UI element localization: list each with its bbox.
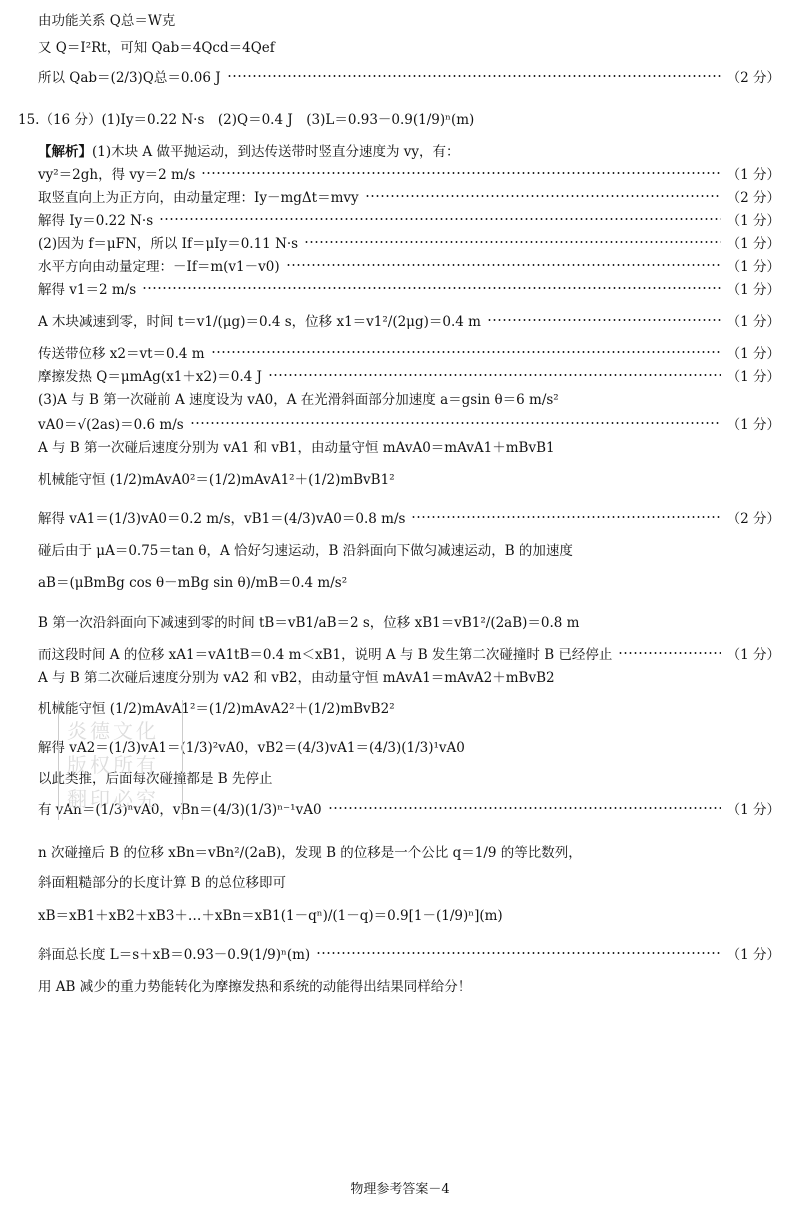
- page-footer: 物理参考答案－4: [0, 1178, 800, 1197]
- solution-line: 斜面粗糙部分的长度计算 B 的总位移即可: [38, 871, 780, 891]
- line-text: 【解析】(1)木块 A 做平抛运动，到达传送带时竖直分速度为 vy，有：: [38, 140, 460, 160]
- score-label: （1 分）: [727, 643, 780, 663]
- dot-leader: [268, 374, 721, 376]
- line-text: 机械能守恒 (1/2)mAvA0²＝(1/2)mAvA1²＋(1/2)mBvB1…: [38, 468, 395, 488]
- solution-line: 所以 Qab＝(2/3)Q总＝0.06 J（2 分）: [38, 66, 780, 86]
- line-text: 解得 v1＝2 m/s: [38, 278, 136, 298]
- solution-line: 解得 vA2＝(1/3)vA1＝(1/3)²vA0，vB2＝(4/3)vA1＝(…: [38, 736, 780, 756]
- line-text: B 第一次沿斜面向下减速到零的时间 tB＝vB1/aB＝2 s，位移 xB1＝v…: [38, 611, 579, 631]
- score-label: （1 分）: [727, 163, 780, 183]
- solution-line: 摩擦发热 Q＝μmAg(x1＋x2)＝0.4 J（1 分）: [38, 365, 780, 385]
- solution-line: 机械能守恒 (1/2)mAvA1²＝(1/2)mAvA2²＋(1/2)mBvB2…: [38, 697, 780, 717]
- solution-line: 有 vAn＝(1/3)ⁿvA0，vBn＝(4/3)(1/3)ⁿ⁻¹vA0（1 分…: [38, 798, 780, 818]
- score-label: （1 分）: [727, 342, 780, 362]
- dot-leader: [142, 287, 720, 289]
- solution-line: A 木块减速到零，时间 t＝v1/(μg)＝0.4 s，位移 x1＝v1²/(2…: [38, 310, 780, 330]
- score-label: （1 分）: [727, 798, 780, 818]
- dot-leader: [211, 351, 721, 353]
- dot-leader: [328, 807, 721, 809]
- score-label: （1 分）: [727, 310, 780, 330]
- solution-line: 由功能关系 Q总＝W克: [38, 9, 780, 29]
- solution-line: 水平方向由动量定理：－If＝m(v1－v0)（1 分）: [38, 255, 780, 275]
- line-text: 取竖直向上为正方向，由动量定理：Iy－mgΔt＝mvy: [38, 186, 359, 206]
- dot-leader: [227, 75, 721, 77]
- solution-line: 传送带位移 x2＝vt＝0.4 m（1 分）: [38, 342, 780, 362]
- score-label: （1 分）: [727, 278, 780, 298]
- solution-line: vA0＝√(2as)＝0.6 m/s（1 分）: [38, 413, 780, 433]
- solution-line: 用 AB 减少的重力势能转化为摩擦发热和系统的动能得出结果同样给分！: [38, 975, 780, 995]
- solution-line: 解得 v1＝2 m/s（1 分）: [38, 278, 780, 298]
- line-text: 解得 vA2＝(1/3)vA1＝(1/3)²vA0，vB2＝(4/3)vA1＝(…: [38, 736, 465, 756]
- dot-leader: [487, 319, 721, 321]
- line-text: 斜面粗糙部分的长度计算 B 的总位移即可: [38, 871, 286, 891]
- line-text: xB＝xB1＋xB2＋xB3＋…＋xBn＝xB1(1－qⁿ)/(1－q)＝0.9…: [38, 904, 503, 924]
- solution-line: xB＝xB1＋xB2＋xB3＋…＋xBn＝xB1(1－qⁿ)/(1－q)＝0.9…: [38, 904, 780, 924]
- solution-line: 【解析】(1)木块 A 做平抛运动，到达传送带时竖直分速度为 vy，有：: [38, 140, 780, 160]
- line-text: 解得 vA1＝(1/3)vA0＝0.2 m/s，vB1＝(4/3)vA0＝0.8…: [38, 507, 405, 527]
- solution-line: 又 Q＝I²Rt，可知 Qab＝4Qcd＝4Qef: [38, 36, 780, 56]
- line-text: 15.（16 分）(1)Iy＝0.22 N·s (2)Q＝0.4 J (3)L＝…: [18, 108, 474, 128]
- line-text: 以此类推，后面每次碰撞都是 B 先停止: [38, 767, 273, 787]
- line-text: (2)因为 f＝μFN，所以 If＝μIy＝0.11 N·s: [38, 232, 298, 252]
- solution-line: 碰后由于 μA＝0.75＝tan θ，A 恰好匀速运动，B 沿斜面向下做匀减速运…: [38, 539, 780, 559]
- score-label: （1 分）: [727, 209, 780, 229]
- line-text: n 次碰撞后 B 的位移 xBn＝vBn²/(2aB)，发现 B 的位移是一个公…: [38, 841, 582, 861]
- solution-line: (2)因为 f＝μFN，所以 If＝μIy＝0.11 N·s（1 分）: [38, 232, 780, 252]
- solution-line: (3)A 与 B 第一次碰前 A 速度设为 vA0，A 在光滑斜面部分加速度 a…: [38, 388, 780, 408]
- solution-line: A 与 B 第二次碰后速度分别为 vA2 和 vB2，由动量守恒 mAvA1＝m…: [38, 666, 780, 686]
- solution-line: 取竖直向上为正方向，由动量定理：Iy－mgΔt＝mvy（2 分）: [38, 186, 780, 206]
- line-text: 用 AB 减少的重力势能转化为摩擦发热和系统的动能得出结果同样给分！: [38, 975, 471, 995]
- line-text: aB＝(μBmBg cos θ－mBg sin θ)/mB＝0.4 m/s²: [38, 571, 347, 591]
- solution-line: 机械能守恒 (1/2)mAvA0²＝(1/2)mAvA1²＋(1/2)mBvB1…: [38, 468, 780, 488]
- score-label: （1 分）: [727, 943, 780, 963]
- line-text: A 与 B 第二次碰后速度分别为 vA2 和 vB2，由动量守恒 mAvA1＝m…: [38, 666, 555, 686]
- line-text: 由功能关系 Q总＝W克: [38, 9, 175, 29]
- analysis-label: 【解析】: [38, 144, 92, 160]
- line-text: 而这段时间 A 的位移 xA1＝vA1tB＝0.4 m＜xB1，说明 A 与 B…: [38, 643, 612, 663]
- score-label: （2 分）: [727, 507, 780, 527]
- line-text: (3)A 与 B 第一次碰前 A 速度设为 vA0，A 在光滑斜面部分加速度 a…: [38, 388, 559, 408]
- solution-line: A 与 B 第一次碰后速度分别为 vA1 和 vB1，由动量守恒 mAvA0＝m…: [38, 436, 780, 456]
- solution-line: 解得 vA1＝(1/3)vA0＝0.2 m/s，vB1＝(4/3)vA0＝0.8…: [38, 507, 780, 527]
- dot-leader: [201, 172, 720, 174]
- line-text: 碰后由于 μA＝0.75＝tan θ，A 恰好匀速运动，B 沿斜面向下做匀减速运…: [38, 539, 573, 559]
- line-text: 摩擦发热 Q＝μmAg(x1＋x2)＝0.4 J: [38, 365, 262, 385]
- solution-line: B 第一次沿斜面向下减速到零的时间 tB＝vB1/aB＝2 s，位移 xB1＝v…: [38, 611, 780, 631]
- question-header: 15.（16 分）(1)Iy＝0.22 N·s (2)Q＝0.4 J (3)L＝…: [18, 108, 780, 128]
- dot-leader: [365, 195, 721, 197]
- dot-leader: [159, 218, 720, 220]
- score-label: （1 分）: [727, 255, 780, 275]
- solution-line: 而这段时间 A 的位移 xA1＝vA1tB＝0.4 m＜xB1，说明 A 与 B…: [38, 643, 780, 663]
- line-text: 解得 Iy＝0.22 N·s: [38, 209, 153, 229]
- solution-line: vy²＝2gh，得 vy＝2 m/s（1 分）: [38, 163, 780, 183]
- line-text: 所以 Qab＝(2/3)Q总＝0.06 J: [38, 66, 221, 86]
- dot-leader: [190, 422, 721, 424]
- solution-line: 解得 Iy＝0.22 N·s（1 分）: [38, 209, 780, 229]
- solution-line: 斜面总长度 L＝s＋xB＝0.93－0.9(1/9)ⁿ(m)（1 分）: [38, 943, 780, 963]
- dot-leader: [304, 241, 721, 243]
- solution-line: aB＝(μBmBg cos θ－mBg sin θ)/mB＝0.4 m/s²: [38, 571, 780, 591]
- line-text: vA0＝√(2as)＝0.6 m/s: [38, 413, 184, 433]
- solution-line: 以此类推，后面每次碰撞都是 B 先停止: [38, 767, 780, 787]
- score-label: （1 分）: [727, 365, 780, 385]
- score-label: （1 分）: [727, 413, 780, 433]
- line-text: 机械能守恒 (1/2)mAvA1²＝(1/2)mAvA2²＋(1/2)mBvB2…: [38, 697, 395, 717]
- score-label: （1 分）: [727, 232, 780, 252]
- line-text: A 与 B 第一次碰后速度分别为 vA1 和 vB1，由动量守恒 mAvA0＝m…: [38, 436, 555, 456]
- line-text: 水平方向由动量定理：－If＝m(v1－v0): [38, 255, 280, 275]
- line-text: vy²＝2gh，得 vy＝2 m/s: [38, 163, 195, 183]
- score-label: （2 分）: [727, 186, 780, 206]
- line-text: 斜面总长度 L＝s＋xB＝0.93－0.9(1/9)ⁿ(m): [38, 943, 310, 963]
- answer-page: 由功能关系 Q总＝W克又 Q＝I²Rt，可知 Qab＝4Qcd＝4Qef所以 Q…: [0, 0, 800, 1207]
- dot-leader: [411, 516, 720, 518]
- line-text: 传送带位移 x2＝vt＝0.4 m: [38, 342, 205, 362]
- solution-line: n 次碰撞后 B 的位移 xBn＝vBn²/(2aB)，发现 B 的位移是一个公…: [38, 841, 780, 861]
- score-label: （2 分）: [727, 66, 780, 86]
- line-text: 有 vAn＝(1/3)ⁿvA0，vBn＝(4/3)(1/3)ⁿ⁻¹vA0: [38, 798, 322, 818]
- line-text: 又 Q＝I²Rt，可知 Qab＝4Qcd＝4Qef: [38, 36, 275, 56]
- line-text: A 木块减速到零，时间 t＝v1/(μg)＝0.4 s，位移 x1＝v1²/(2…: [38, 310, 481, 330]
- dot-leader: [618, 652, 720, 654]
- dot-leader: [286, 264, 721, 266]
- dot-leader: [316, 952, 720, 954]
